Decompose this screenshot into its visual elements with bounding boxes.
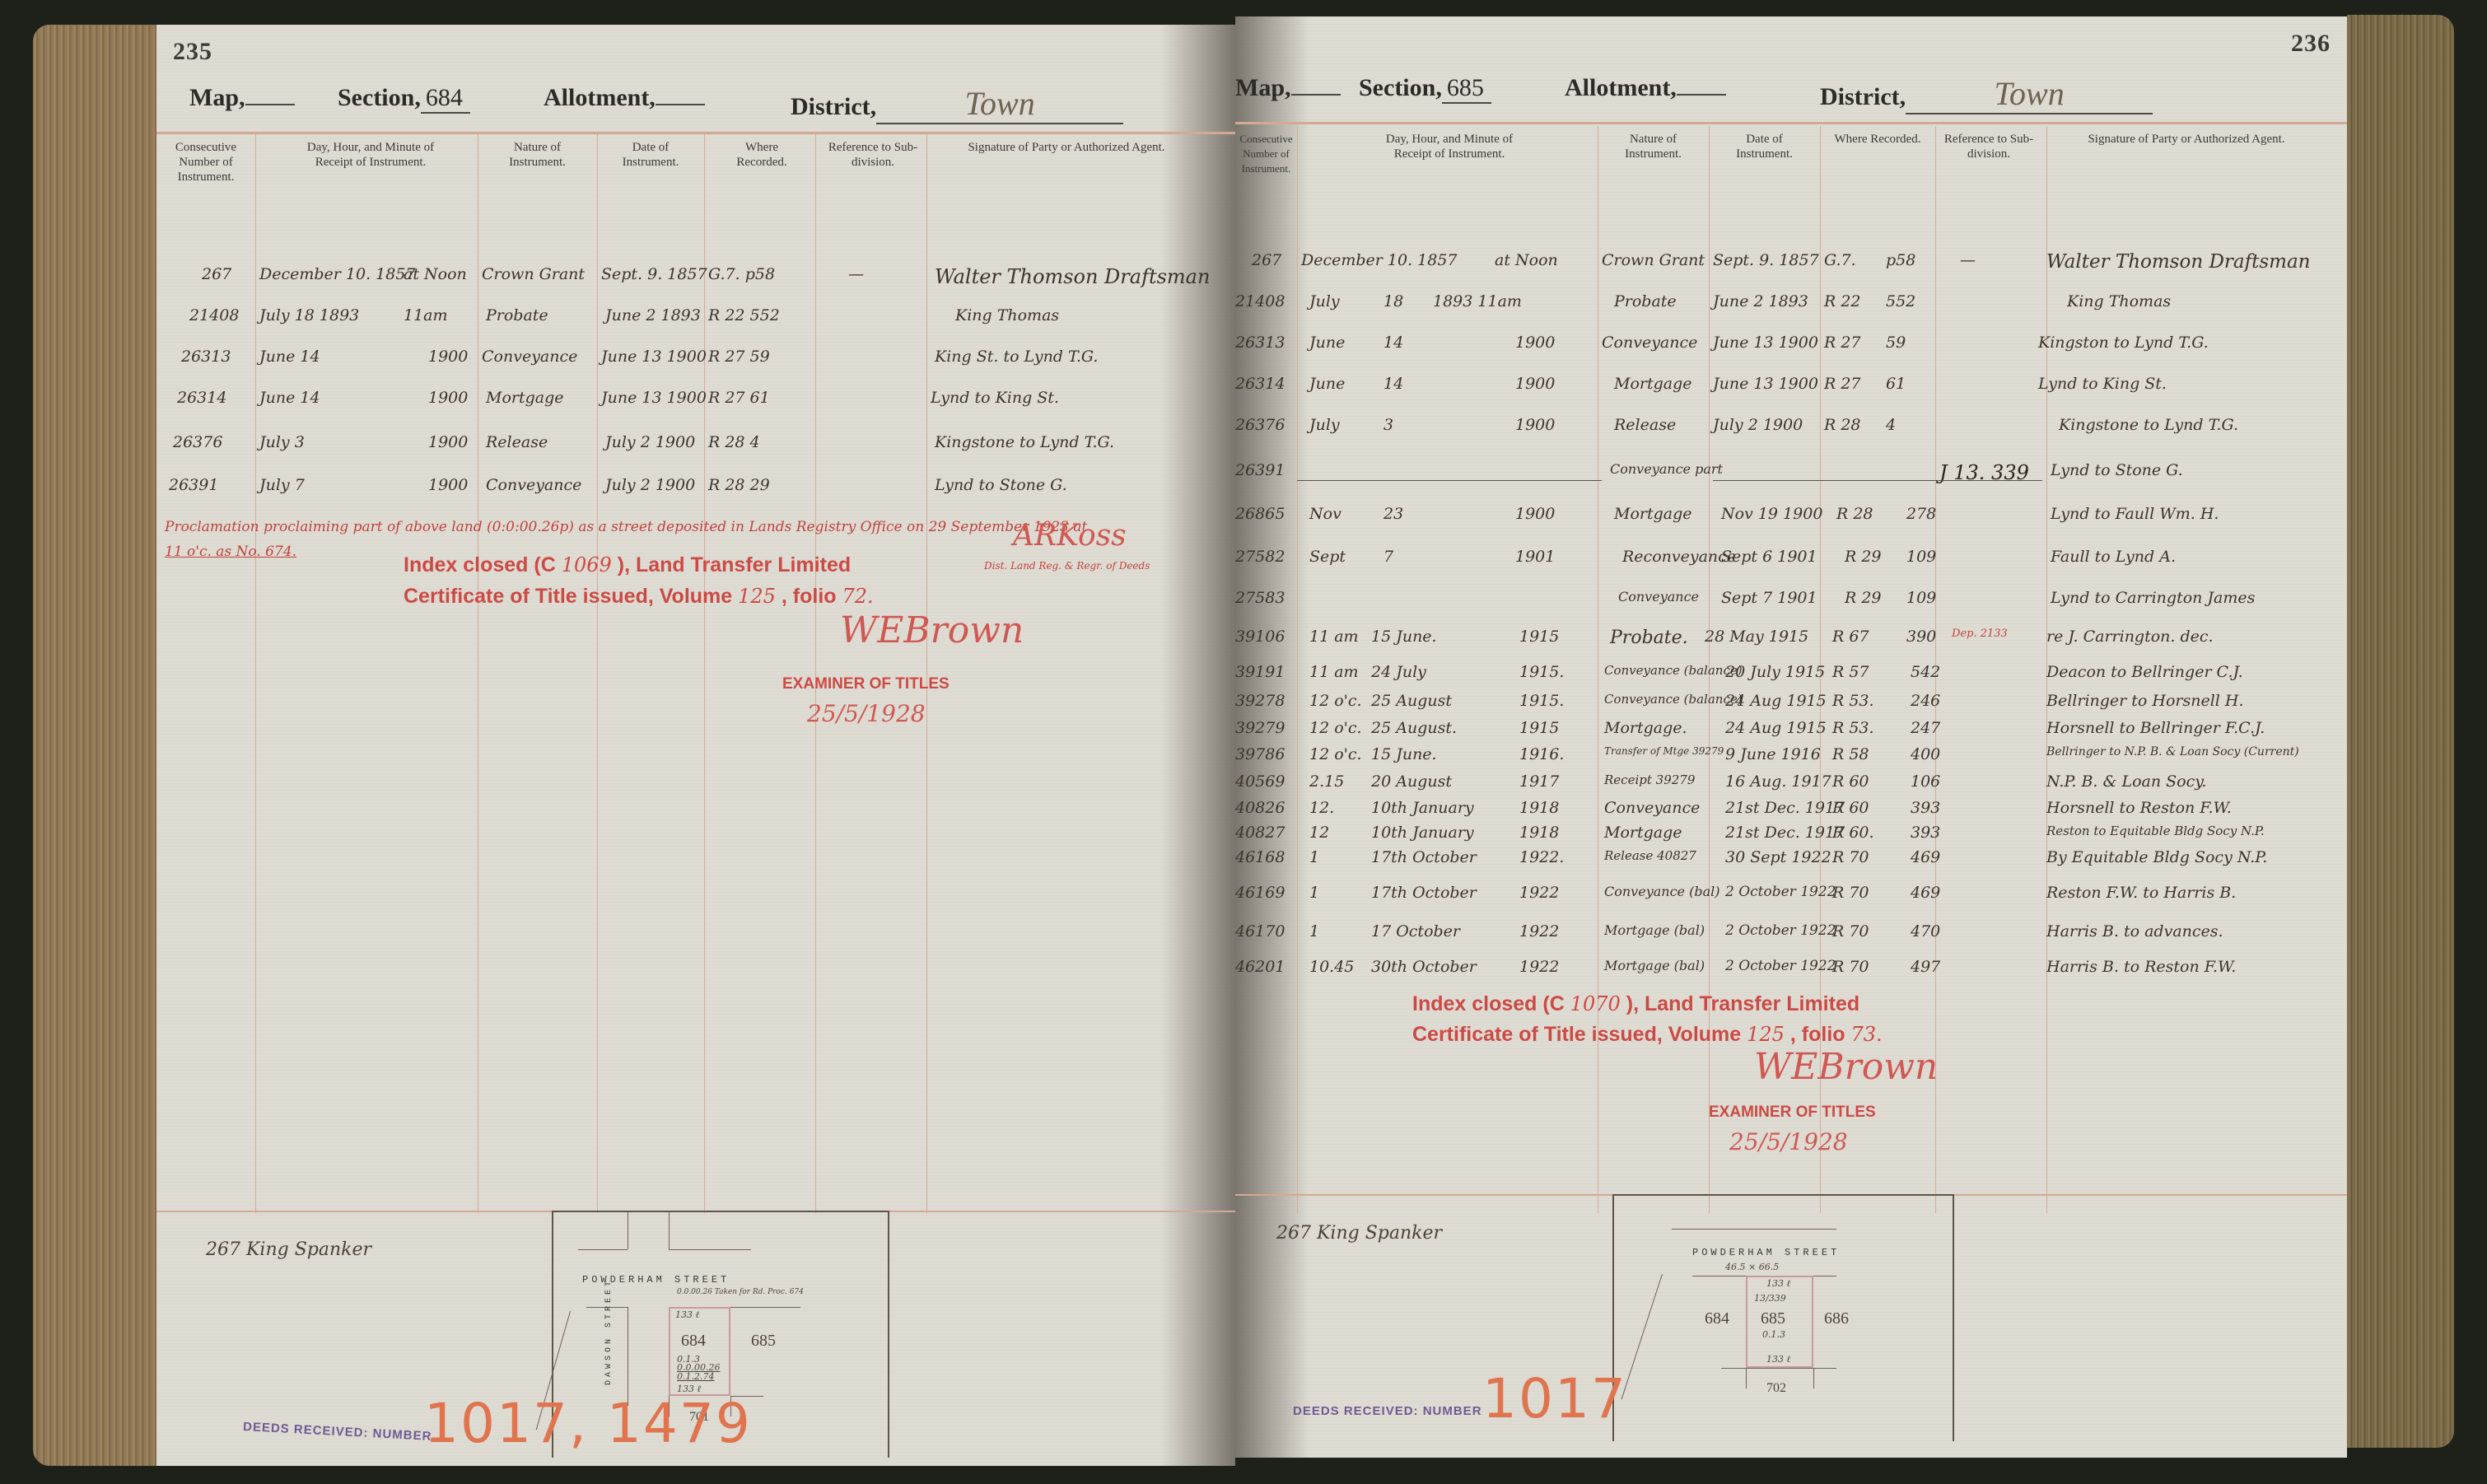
district-field: District,Town <box>791 84 1123 124</box>
receipt-time: 1 <box>1309 848 1319 866</box>
receipt-year: 1900 <box>1515 416 1555 434</box>
lot-dimension: 133 ℓ <box>1766 1278 1790 1289</box>
receipt-time: 12 <box>1309 824 1329 842</box>
instrument-nature: Conveyance <box>482 348 577 366</box>
column-divider <box>926 134 927 1213</box>
instrument-date: Nov 19 1900 <box>1721 505 1822 523</box>
instrument-date: 24 Aug 1915 <box>1725 719 1827 737</box>
instrument-nature: Conveyance <box>486 476 581 494</box>
receipt-hour: 1900 <box>428 348 468 366</box>
table-row: 405692.1520 August1917Receipt 3927916 Au… <box>1235 772 2347 799</box>
lot-below-number: 702 <box>1766 1381 1786 1396</box>
where-recorded: R 60 <box>1832 799 1869 817</box>
receipt-hour: at Noon <box>404 265 467 283</box>
receipt-hour: 1900 <box>428 476 468 494</box>
recorded-folio: 106 <box>1911 772 1940 791</box>
receipt-time: July <box>1309 416 1340 434</box>
instrument-date: July 2 1900 <box>605 476 695 494</box>
receipt-year: at Noon <box>1495 251 1558 269</box>
instrument-nature: Probate <box>486 306 548 324</box>
where-recorded: R 28 <box>1836 505 1873 523</box>
index-closed-stamp: Index closed (C 1070 ), Land Transfer Li… <box>1412 992 1859 1016</box>
receipt-year: 1900 <box>1515 505 1555 523</box>
receipt-time: 12 o'c. <box>1309 719 1362 737</box>
receipt-day: December 10. 1857 <box>259 265 416 283</box>
instrument-date: Sept 6 1901 <box>1721 548 1817 566</box>
table-row: 267December 10. 1857at NoonCrown GrantSe… <box>1235 251 2347 278</box>
table-row: 3919111 am24 July1915.Conveyance (balanc… <box>1235 663 2347 689</box>
where-recorded: R 58 <box>1832 745 1869 763</box>
instrument-date: 2 October 1922 <box>1725 958 1836 974</box>
instrument-number: 39279 <box>1235 719 1285 737</box>
recorded-folio: p58 <box>1886 251 1915 269</box>
recorded-folio: 278 <box>1906 505 1936 523</box>
where-recorded: R 70 <box>1832 958 1869 976</box>
receipt-time: 10.45 <box>1309 958 1354 976</box>
col-header-receipt: Day, Hour, and Minute of Receipt of Inst… <box>288 140 453 170</box>
lot-area: 0.1.2.74 <box>677 1371 714 1382</box>
column-divider <box>815 134 816 1213</box>
where-recorded: R 57 <box>1832 663 1869 681</box>
recorded-folio: 393 <box>1911 799 1940 817</box>
street-dimensions: 46.5 × 66.5 <box>1725 1262 1779 1272</box>
where-recorded: R 27 61 <box>708 389 770 407</box>
col-header-date: Date of Instrument. <box>1717 132 1812 161</box>
column-divider <box>597 134 598 1213</box>
receipt-day: 25 August <box>1371 692 1452 710</box>
where-recorded: R 70 <box>1832 848 1869 866</box>
book-page-edges-left <box>33 25 156 1466</box>
instrument-number: 46201 <box>1235 958 1285 976</box>
receipt-day: 14 <box>1383 334 1403 352</box>
receipt-year: 1915. <box>1519 663 1564 681</box>
where-recorded: R 28 4 <box>708 433 760 451</box>
signature: Bellringer to Horsnell H. <box>2046 692 2244 710</box>
plan-line <box>669 1212 670 1249</box>
receipt-day: 3 <box>1383 416 1393 434</box>
instrument-date: 21st Dec. 1917 <box>1725 799 1845 817</box>
instrument-number: 26313 <box>1235 334 1285 352</box>
table-row: 21408July181893 11amProbateJune 2 1893R … <box>1235 292 2347 319</box>
where-recorded: R 22 <box>1824 292 1861 310</box>
recorded-folio: 469 <box>1911 848 1940 866</box>
instrument-nature: Release <box>1614 416 1676 434</box>
index-number: 1070 <box>1570 992 1621 1015</box>
instrument-nature: Mortgage <box>1604 824 1682 842</box>
table-row: 46168117th October1922.Release 4082730 S… <box>1235 848 2347 875</box>
where-recorded: R 67 <box>1832 628 1869 646</box>
table-row: 3927812 o'c.25 August1915.Conveyance (ba… <box>1235 692 2347 718</box>
col-header-number: Consecutive Number of Instrument. <box>1235 132 1297 176</box>
signature: Harris B. to Reston F.W. <box>2046 958 2236 976</box>
signature: Lynd to Stone G. <box>935 476 1067 494</box>
where-recorded: R 70 <box>1832 922 1869 940</box>
where-recorded: R 27 <box>1824 375 1861 393</box>
instrument-nature: Crown Grant <box>1602 251 1705 269</box>
lot-number: 685 <box>1761 1309 1785 1328</box>
section-label: Section, <box>338 84 421 111</box>
receipt-year: 1922. <box>1519 848 1564 866</box>
stamp-text: ), Land Transfer Limited <box>618 553 851 576</box>
where-recorded: R 28 <box>1824 416 1861 434</box>
instrument-nature: Conveyance <box>1618 589 1699 604</box>
where-recorded: R 27 59 <box>708 348 770 366</box>
page-number: 235 <box>173 38 212 66</box>
proclamation-note-continued: 11 o'c. as No. 674. <box>165 544 296 560</box>
table-row: 408271210th January1918Mortgage21st Dec.… <box>1235 824 2347 850</box>
side-street-label: DAWSON STREET <box>604 1278 614 1385</box>
instrument-date: 16 Aug. 1917 <box>1725 772 1831 791</box>
examiner-signature: WEBrown <box>840 609 1024 651</box>
instrument-nature: Release 40827 <box>1604 848 1696 863</box>
col-header-recorded: Where Recorded. <box>1828 132 1927 147</box>
receipt-day: 15 June. <box>1371 628 1437 646</box>
instrument-number: 26391 <box>1235 461 1285 479</box>
instrument-nature: Probate. <box>1610 628 1688 648</box>
signature: Reston to Equitable Bldg Socy N.P. <box>2046 824 2265 838</box>
instrument-date: June 13 1900 <box>1713 375 1818 393</box>
map-label: Map, <box>1235 74 1291 101</box>
where-recorded: R 53. <box>1832 719 1874 737</box>
where-recorded: R 53. <box>1832 692 1874 710</box>
adjacent-lot-number: 685 <box>751 1332 776 1351</box>
receipt-day: 25 August. <box>1371 719 1457 737</box>
certificate-stamp: Certificate of Title issued, Volume 125 … <box>1412 1023 1883 1047</box>
col-header-signature: Signature of Party or Authorized Agent. <box>964 140 1169 155</box>
instrument-nature: Conveyance <box>1602 334 1697 352</box>
instrument-number: 39106 <box>1235 628 1285 646</box>
receipt-year: 1916. <box>1519 745 1564 763</box>
instrument-date: July 2 1900 <box>1713 416 1803 434</box>
street-label: POWDERHAM STREET <box>1692 1247 1840 1258</box>
receipt-day: 10th January <box>1371 799 1474 817</box>
table-row: 4620110.4530th October1922Mortgage (bal)… <box>1235 958 2347 984</box>
table-row: 26314 June 14 1900 Mortgage June 13 1900… <box>156 389 1235 415</box>
instrument-date: June 13 1900 <box>601 348 707 366</box>
folio-header: Map, Section,685 Allotment, District,Tow… <box>1235 74 2347 115</box>
recorded-folio: 393 <box>1911 824 1940 842</box>
where-recorded: R 60. <box>1832 824 1874 842</box>
receipt-time: 11 am <box>1309 628 1359 646</box>
instrument-date: June 2 1893 <box>1713 292 1808 310</box>
strike-line <box>1297 480 1602 481</box>
recorded-folio: 4 <box>1886 416 1896 434</box>
receipt-time: July <box>1309 292 1340 310</box>
recorded-folio: 109 <box>1906 548 1936 566</box>
recorded-folio: 497 <box>1911 958 1940 976</box>
receipt-day: 18 <box>1383 292 1403 310</box>
plan-annotation: 0.0.00.26 Taken for Rd. Proc. 674 <box>677 1288 804 1296</box>
certificate-stamp: Certificate of Title issued, Volume 125 … <box>404 585 874 609</box>
receipt-time: 1 <box>1309 884 1319 902</box>
signature: Bellringer to N.P. B. & Loan Socy (Curre… <box>2046 745 2299 758</box>
instrument-number: 26314 <box>177 389 226 407</box>
receipt-year: 1893 11am <box>1433 292 1522 310</box>
instrument-number: 26313 <box>181 348 231 366</box>
lot-dimension: 133 ℓ <box>675 1309 699 1320</box>
table-row: 26391Conveyance partJ 13. 339Lynd to Sto… <box>1235 461 2347 488</box>
table-row: 26376July31900ReleaseJuly 2 1900R 284Kin… <box>1235 416 2347 442</box>
col-header-nature: Nature of Instrument. <box>486 140 589 170</box>
map-label: Map, <box>189 84 245 111</box>
instrument-number: 39278 <box>1235 692 1285 710</box>
receipt-time: Nov <box>1309 505 1341 523</box>
signature: Kingston to Lynd T.G. <box>2038 334 2209 352</box>
receipt-day: 20 August <box>1371 772 1452 791</box>
instrument-nature: Mortgage <box>1614 505 1692 523</box>
instrument-date: June 13 1900 <box>1713 334 1818 352</box>
instrument-number: 27583 <box>1235 589 1285 607</box>
instrument-number: 26376 <box>173 433 222 451</box>
map-value <box>1291 94 1341 96</box>
signature: Lynd to King St. <box>931 389 1059 407</box>
lot-reference: 13/339 <box>1754 1293 1786 1304</box>
instrument-nature: Mortgage <box>1614 375 1692 393</box>
instrument-nature: Receipt 39279 <box>1604 772 1695 787</box>
receipt-day: 15 June. <box>1371 745 1437 763</box>
plan-line <box>669 1249 751 1250</box>
recorded-folio: 246 <box>1911 692 1940 710</box>
plan-line <box>628 1212 628 1249</box>
receipt-day: 17th October <box>1371 848 1477 866</box>
receipt-day: June 14 <box>259 348 320 366</box>
ledger-page-235: 235 Map, Section,684 Allotment, District… <box>156 25 1235 1466</box>
receipt-day: 17th October <box>1371 884 1477 902</box>
receipt-day: 7 <box>1383 548 1393 566</box>
instrument-date: July 2 1900 <box>605 433 695 451</box>
stamp-text: ), Land Transfer Limited <box>1626 992 1859 1015</box>
recorded-folio: 470 <box>1911 922 1940 940</box>
recorded-folio: 390 <box>1906 628 1936 646</box>
instrument-date: Sept 7 1901 <box>1721 589 1817 607</box>
instrument-date: 24 Aug 1915 <box>1725 692 1827 710</box>
receipt-day: 10th January <box>1371 824 1474 842</box>
table-row: 27582Sept71901ReconveyanceSept 6 1901R 2… <box>1235 548 2347 574</box>
examiner-date: 25/5/1928 <box>1729 1128 1848 1155</box>
instrument-nature: Mortgage (bal) <box>1604 922 1705 938</box>
instrument-nature: Conveyance part <box>1610 461 1723 477</box>
north-arrow-icon <box>1621 1274 1663 1399</box>
instrument-number: 26376 <box>1235 416 1285 434</box>
table-row: 26376 July 3 1900 Release July 2 1900 R … <box>156 433 1235 460</box>
column-divider <box>478 134 478 1213</box>
col-header-signature: Signature of Party or Authorized Agent. <box>2075 132 2298 147</box>
signature: Lynd to Stone G. <box>2051 461 2183 479</box>
table-row: 46169117th October1922Conveyance (bal)2 … <box>1235 884 2347 910</box>
district-value: Town <box>876 84 1123 124</box>
recorded-folio: 469 <box>1911 884 1940 902</box>
stamp-text: , folio <box>782 585 837 608</box>
instrument-number: 40826 <box>1235 799 1285 817</box>
book-page-edges-right <box>2347 15 2454 1448</box>
volume-number: 125 <box>738 585 776 608</box>
signature: Lynd to Carrington James <box>2051 589 2255 607</box>
where-recorded: R 60 <box>1832 772 1869 791</box>
instrument-number: 39786 <box>1235 745 1285 763</box>
signature: King Thomas <box>955 306 1059 324</box>
instrument-number: 21408 <box>189 306 239 324</box>
index-closed-stamp: Index closed (C 1069 ), Land Transfer Li… <box>404 553 851 577</box>
receipt-time: 12 o'c. <box>1309 692 1362 710</box>
registrar-title: Dist. Land Reg. & Regr. of Deeds <box>984 560 1150 572</box>
instrument-date: June 2 1893 <box>605 306 701 324</box>
deposit-reference: Dep. 2133 <box>1952 628 2008 640</box>
receipt-time: December 10. 1857 <box>1301 251 1458 269</box>
receipt-year: 1900 <box>1515 334 1555 352</box>
table-row: 267 December 10. 1857 at Noon Crown Gran… <box>156 265 1235 292</box>
signature: Walter Thomson Draftsman <box>935 265 1210 288</box>
signature: Lynd to King St. <box>2038 375 2167 393</box>
where-recorded: R 28 29 <box>708 476 770 494</box>
receipt-year: 1915 <box>1519 719 1559 737</box>
recorded-folio: 59 <box>1886 334 1906 352</box>
instrument-number: 267 <box>1252 251 1281 269</box>
receipt-year: 1915. <box>1519 692 1564 710</box>
reference: — <box>1960 251 1976 269</box>
receipt-day: 17 October <box>1371 922 1460 940</box>
signature: Horsnell to Bellringer F.C.J. <box>2046 719 2265 737</box>
header-rule <box>1235 122 2347 124</box>
left-lot-number: 684 <box>1705 1309 1729 1328</box>
receipt-time: 12. <box>1309 799 1334 817</box>
receipt-time: 12 o'c. <box>1309 745 1362 763</box>
instrument-date: June 13 1900 <box>601 389 707 407</box>
section-field: Section,685 <box>1359 74 1491 104</box>
table-row: 3910611 am15 June.1915Probate.28 May 191… <box>1235 628 2347 654</box>
stamp-text: Index closed (C <box>1412 992 1565 1015</box>
instrument-nature: Conveyance (balance) <box>1604 692 1743 707</box>
table-row: 26391 July 7 1900 Conveyance July 2 1900… <box>156 476 1235 502</box>
plan-line <box>578 1249 628 1250</box>
column-divider <box>255 134 256 1213</box>
signature: Harris B. to advances. <box>2046 922 2223 940</box>
table-row: 46170117 October1922Mortgage (bal)2 Octo… <box>1235 922 2347 949</box>
col-header-reference: Reference to Sub-division. <box>828 140 918 170</box>
receipt-time: June <box>1309 334 1345 352</box>
district-label: District, <box>1820 83 1906 110</box>
signature: Kingstone to Lynd T.G. <box>935 433 1114 451</box>
section-label: Section, <box>1359 74 1442 101</box>
index-number: 1069 <box>562 553 612 576</box>
plan-line <box>1813 1368 1814 1388</box>
instrument-number: 267 <box>202 265 231 283</box>
receipt-hour: 11am <box>404 306 448 324</box>
map-value <box>245 104 295 105</box>
section-field: Section,684 <box>338 84 470 114</box>
instrument-nature: Probate <box>1614 292 1677 310</box>
instrument-nature: Crown Grant <box>482 265 585 283</box>
where-recorded: R 27 <box>1824 334 1861 352</box>
stamp-text: Certificate of Title issued, Volume <box>404 585 732 608</box>
signature: re J. Carrington. dec. <box>2046 628 2214 646</box>
examiner-title: EXAMINER OF TITLES <box>782 675 950 693</box>
deeds-received-number: 1017 <box>1482 1367 1627 1430</box>
section-value: 685 <box>1442 74 1491 104</box>
recorded-folio: 61 <box>1886 375 1906 393</box>
folio-number: 73. <box>1851 1023 1883 1046</box>
signature: By Equitable Bldg Socy N.P. <box>2046 848 2267 866</box>
stamp-text: , folio <box>1790 1023 1845 1046</box>
instrument-date: 21st Dec. 1917 <box>1725 824 1845 842</box>
receipt-year: 1918 <box>1519 799 1559 817</box>
table-row: 26313June141900ConveyanceJune 13 1900R 2… <box>1235 334 2347 360</box>
section-value: 684 <box>421 84 470 114</box>
signature: Lynd to Faull Wm. H. <box>2051 505 2219 523</box>
plan-line <box>628 1307 628 1406</box>
signature: King St. to Lynd T.G. <box>935 348 1098 366</box>
stamp-text: Certificate of Title issued, Volume <box>1412 1023 1741 1046</box>
instrument-number: 26391 <box>169 476 218 494</box>
strike-line <box>1713 480 2042 481</box>
lot-boundary <box>669 1307 730 1396</box>
col-header-nature: Nature of Instrument. <box>1606 132 1701 161</box>
instrument-date: 20 July 1915 <box>1725 663 1825 681</box>
receipt-day: 24 July <box>1371 663 1426 681</box>
instrument-number: 26865 <box>1235 505 1285 523</box>
signature: Reston F.W. to Harris B. <box>2046 884 2236 902</box>
instrument-nature: Mortgage (bal) <box>1604 958 1705 973</box>
receipt-year: 1901 <box>1515 548 1555 566</box>
instrument-nature: Mortgage. <box>1604 719 1687 737</box>
receipt-year: 1917 <box>1519 772 1559 791</box>
receipt-year: 1922 <box>1519 958 1559 976</box>
signature: Walter Thomson Draftsman <box>2046 251 2311 273</box>
allotment-field: Allotment, <box>1565 74 1726 102</box>
receipt-year: 1918 <box>1519 824 1559 842</box>
where-recorded: G.7. p58 <box>708 265 775 283</box>
registrar-initials: ARKoss <box>1013 519 1127 553</box>
instrument-number: 26314 <box>1235 375 1285 393</box>
gutter-shadow <box>1161 25 1235 1466</box>
recorded-folio: 109 <box>1906 589 1936 607</box>
plan-line <box>1672 1229 1836 1230</box>
signature: Kingstone to Lynd T.G. <box>2059 416 2238 434</box>
receipt-year: 1922 <box>1519 884 1559 902</box>
col-header-reference: Reference to Sub-division. <box>1939 132 2038 161</box>
signature: Deacon to Bellringer C.J. <box>2046 663 2243 681</box>
signature: Horsnell to Reston F.W. <box>2046 799 2232 817</box>
receipt-hour: 1900 <box>428 389 468 407</box>
folio-number: 72. <box>842 585 874 608</box>
recorded-folio: 400 <box>1911 745 1940 763</box>
volume-number: 125 <box>1747 1023 1785 1046</box>
instrument-date: 2 October 1922 <box>1725 922 1836 939</box>
table-row: 21408 July 18 1893 11am Probate June 2 1… <box>156 306 1235 333</box>
where-recorded: R 29 <box>1845 589 1882 607</box>
instrument-date: Sept. 9. 1857 <box>601 265 707 283</box>
bottom-note: 267 King Spanker <box>206 1239 371 1260</box>
where-recorded: R 70 <box>1832 884 1869 902</box>
instrument-number: 40827 <box>1235 824 1285 842</box>
receipt-day: 30th October <box>1371 958 1477 976</box>
instrument-nature: Release <box>486 433 548 451</box>
allotment-label: Allotment, <box>544 84 656 111</box>
receipt-hour: 1900 <box>428 433 468 451</box>
instrument-number: 27582 <box>1235 548 1285 566</box>
header-rule <box>156 132 1235 134</box>
instrument-nature: Conveyance (balance) <box>1604 663 1743 678</box>
receipt-time: 1 <box>1309 922 1319 940</box>
table-row: 4082612.10th January1918Conveyance21st D… <box>1235 799 2347 825</box>
col-header-receipt: Day, Hour, and Minute of Receipt of Inst… <box>1367 132 1532 161</box>
district-label: District, <box>791 93 876 120</box>
receipt-time: 2.15 <box>1309 772 1344 791</box>
signature: N.P. B. & Loan Socy. <box>2046 772 2206 791</box>
reference: — <box>848 265 864 283</box>
proclamation-note: Proclamation proclaiming part of above l… <box>165 519 1087 535</box>
examiner-date: 25/5/1928 <box>807 700 926 727</box>
table-row: 26314June141900MortgageJune 13 1900R 276… <box>1235 375 2347 401</box>
